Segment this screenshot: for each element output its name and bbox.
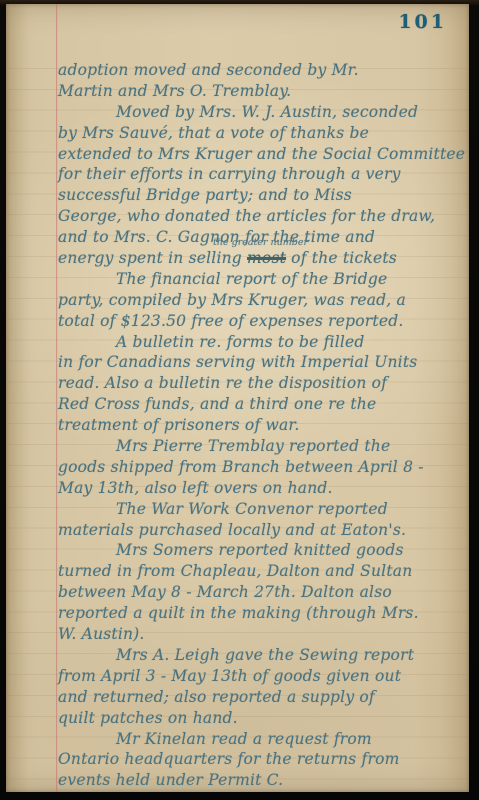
- handwriting-block: adoption moved and seconded by Mr.Martin…: [58, 60, 465, 791]
- handwritten-line: events held under Permit C.: [58, 770, 465, 791]
- handwritten-line: Mrs Somers reported knitted goods: [58, 540, 465, 561]
- red-margin-line: [56, 4, 57, 792]
- handwritten-line: from April 3 - May 13th of goods given o…: [58, 666, 465, 687]
- handwritten-line: party, compiled by Mrs Kruger, was read,…: [58, 290, 465, 311]
- handwritten-line: May 13th, also left overs on hand.: [58, 478, 465, 499]
- handwritten-line: A bulletin re. forms to be filled: [58, 332, 465, 353]
- handwritten-line: reported a quilt in the making (through …: [58, 603, 465, 624]
- handwritten-line: Mr Kinelan read a request from: [58, 729, 465, 750]
- line-segment: energy spent in selling: [58, 249, 247, 267]
- handwritten-line: Mrs Pierre Tremblay reported the: [58, 436, 465, 457]
- inserted-text-above-line: the greater number: [213, 238, 308, 248]
- handwritten-line: extended to Mrs Kruger and the Social Co…: [58, 144, 465, 165]
- handwritten-line: for their efforts in carrying through a …: [58, 164, 465, 185]
- notebook-page: 101 adoption moved and seconded by Mr.Ma…: [6, 4, 469, 792]
- handwritten-line: adoption moved and seconded by Mr.: [58, 60, 465, 81]
- handwritten-line: George, who donated the articles for the…: [58, 206, 465, 227]
- handwritten-line: and returned; also reported a supply of: [58, 687, 465, 708]
- handwritten-line: goods shipped from Branch between April …: [58, 457, 465, 478]
- handwritten-line: between May 8 - March 27th. Dalton also: [58, 582, 465, 603]
- handwritten-line: Mrs A. Leigh gave the Sewing report: [58, 645, 465, 666]
- handwritten-line: The War Work Convenor reported: [58, 499, 465, 520]
- handwritten-line: Martin and Mrs O. Tremblay.: [58, 81, 465, 102]
- line-segment: of the tickets: [286, 249, 397, 267]
- handwritten-line: energy spent in selling mostthe greater …: [58, 248, 465, 269]
- handwritten-line: successful Bridge party; and to Miss: [58, 185, 465, 206]
- page-number: 101: [398, 11, 447, 33]
- handwritten-line: Ontario headquarters for the returns fro…: [58, 749, 465, 770]
- handwritten-line: Moved by Mrs. W. J. Austin, seconded: [58, 102, 465, 123]
- handwritten-line: Red Cross funds, and a third one re the: [58, 394, 465, 415]
- handwritten-line: turned in from Chapleau, Dalton and Sult…: [58, 561, 465, 582]
- handwritten-line: W. Austin).: [58, 624, 465, 645]
- handwritten-line: treatment of prisoners of war.: [58, 415, 465, 436]
- handwritten-line: quilt patches on hand.: [58, 708, 465, 729]
- handwritten-line: by Mrs Sauvé, that a vote of thanks be: [58, 123, 465, 144]
- struck-word: most: [247, 249, 286, 267]
- handwritten-line: in for Canadians serving with Imperial U…: [58, 352, 465, 373]
- handwritten-line: total of $123.50 free of expenses report…: [58, 311, 465, 332]
- handwritten-line: materials purchased locally and at Eaton…: [58, 520, 465, 541]
- handwritten-line: read. Also a bulletin re the disposition…: [58, 373, 465, 394]
- correction-group: mostthe greater number: [247, 248, 286, 269]
- handwritten-line: The financial report of the Bridge: [58, 269, 465, 290]
